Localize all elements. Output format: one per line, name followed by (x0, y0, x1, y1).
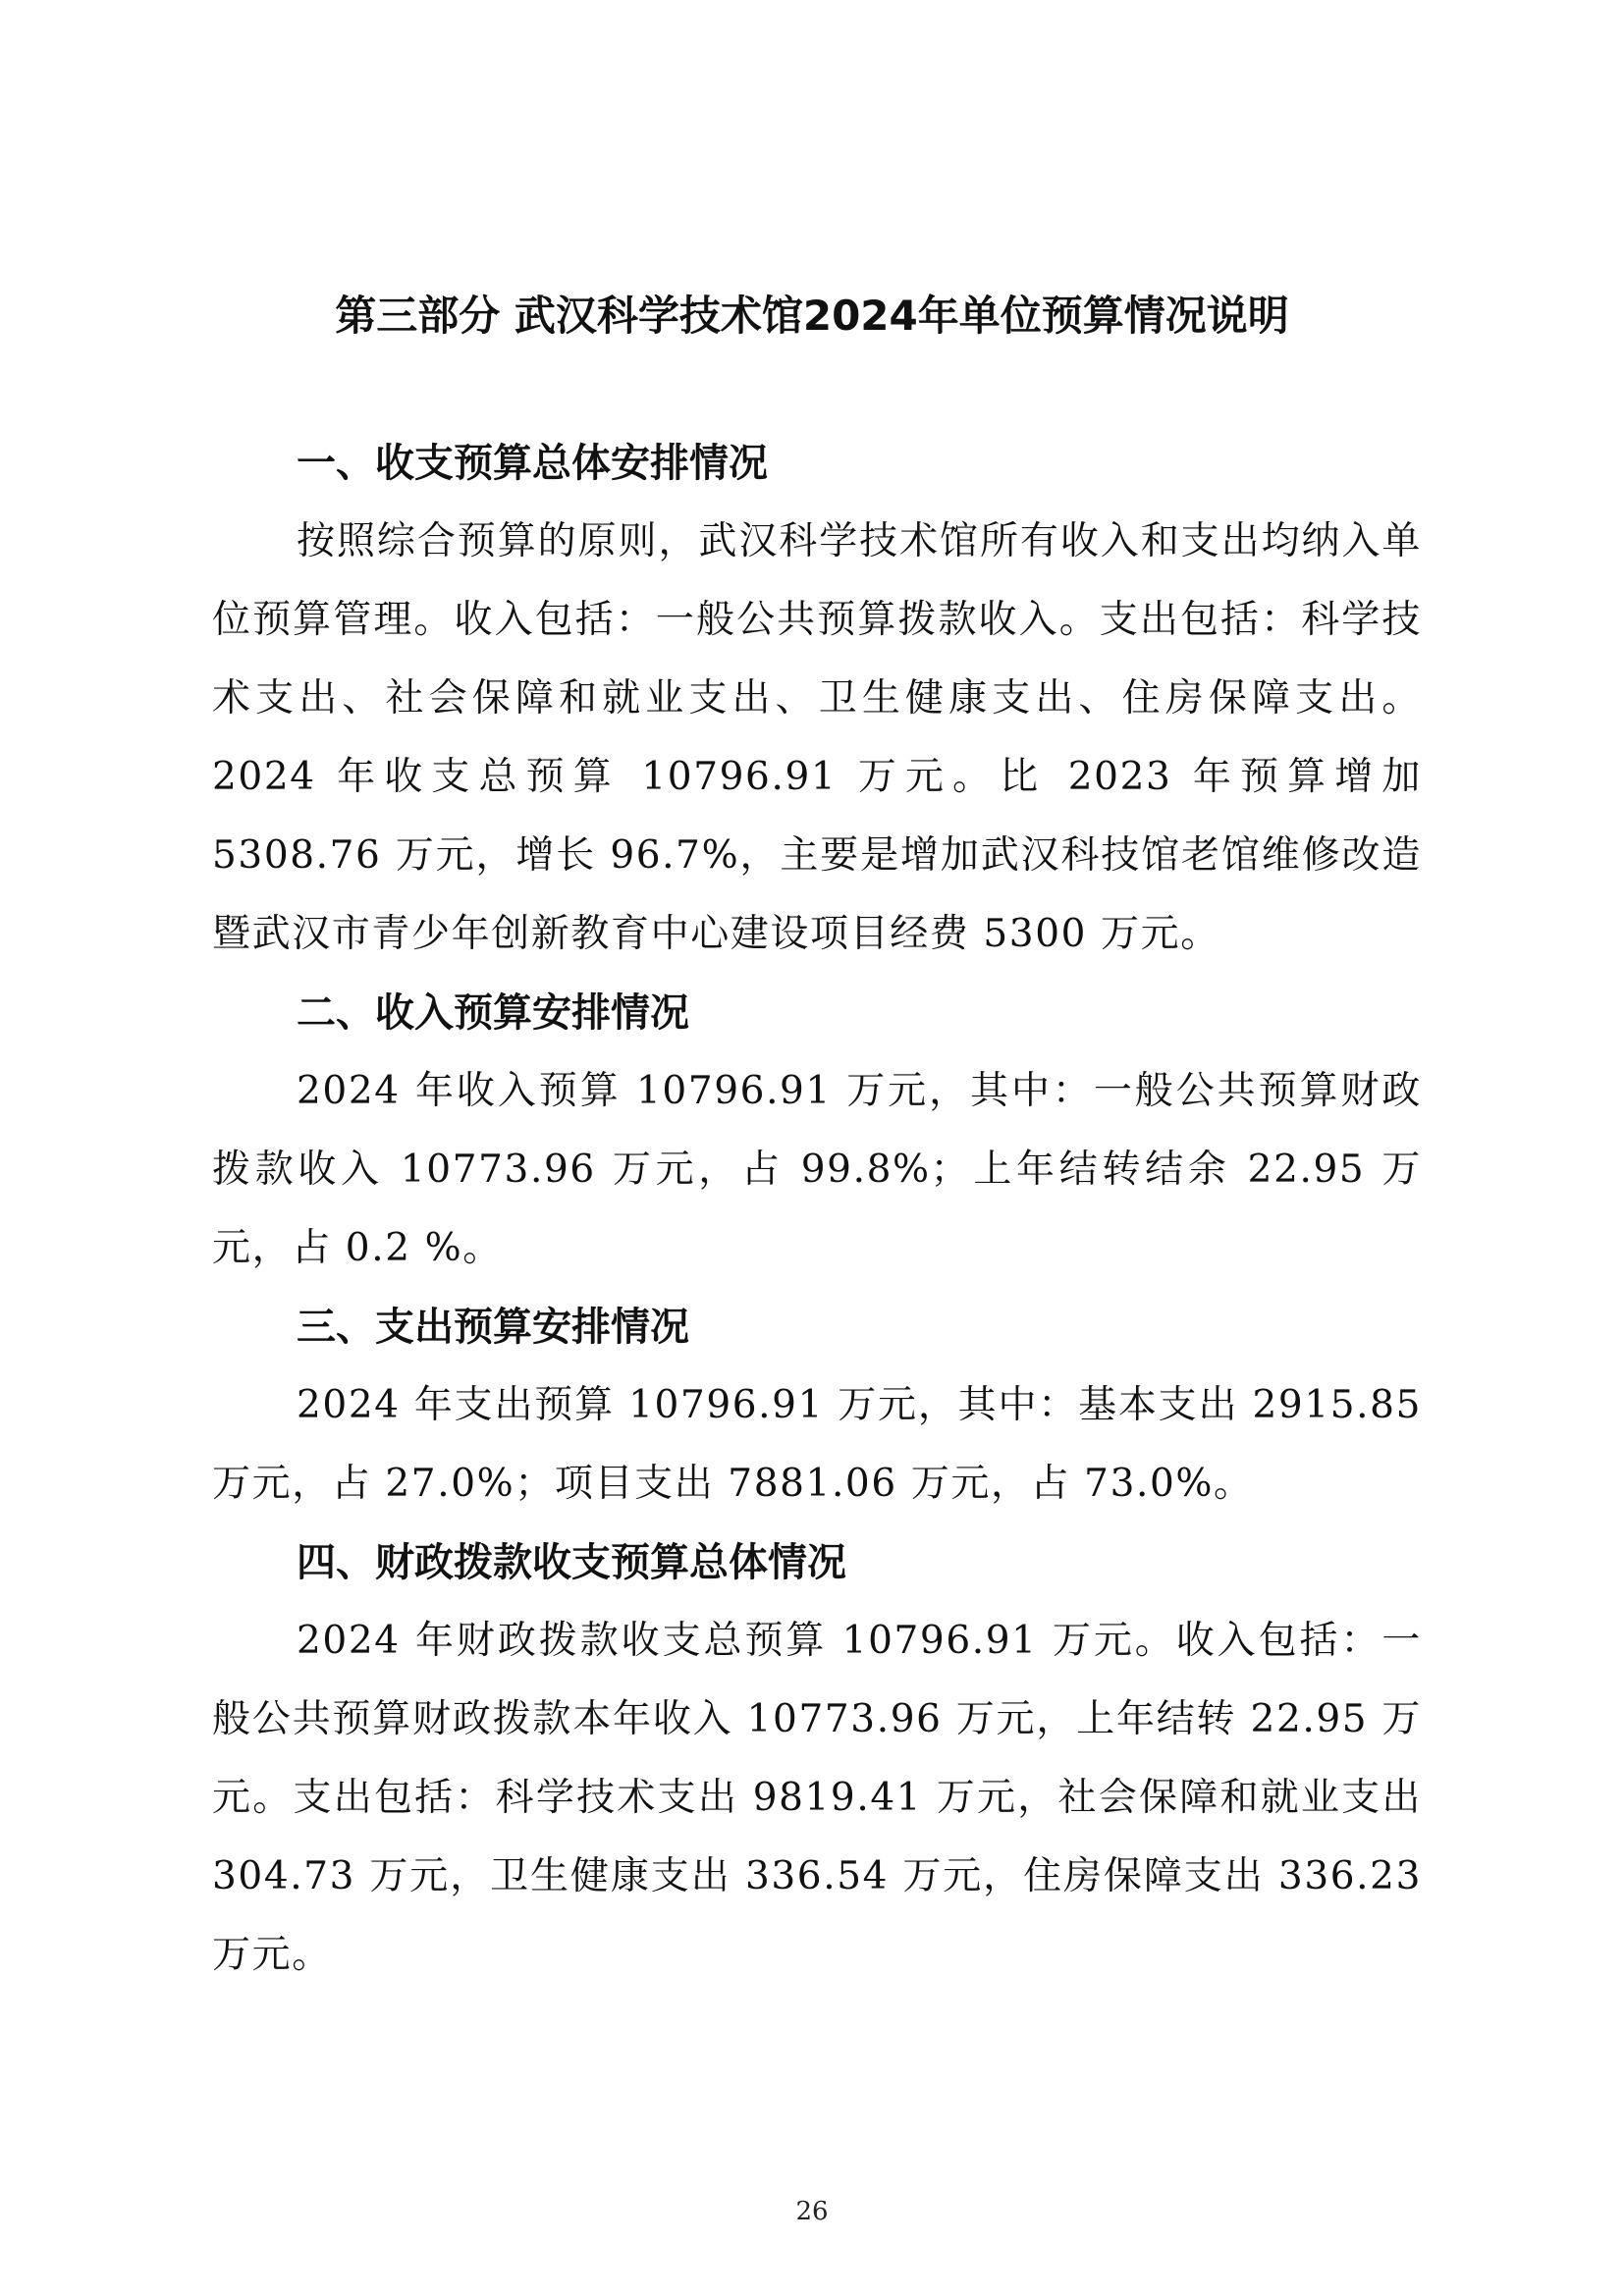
document-page: 第三部分 武汉科学技术馆2024年单位预算情况说明 一、收支预算总体安排情况 按… (0, 0, 1624, 2296)
section-overall-budget: 一、收支预算总体安排情况 按照综合预算的原则，武汉科学技术馆所有收入和支出均纳入… (212, 424, 1422, 974)
section-paragraph: 2024 年支出预算 10796.91 万元，其中：基本支出 2915.85 万… (212, 1366, 1422, 1523)
section-fiscal-appropriation: 四、财政拨款收支预算总体情况 2024 年财政拨款收支总预算 10796.91 … (212, 1523, 1422, 1995)
page-title: 第三部分 武汉科学技术馆2024年单位预算情况说明 (0, 287, 1624, 346)
section-paragraph: 2024 年收入预算 10796.91 万元，其中：一般公共预算财政拨款收入 1… (212, 1052, 1422, 1288)
document-body: 一、收支预算总体安排情况 按照综合预算的原则，武汉科学技术馆所有收入和支出均纳入… (212, 424, 1422, 1995)
section-heading: 四、财政拨款收支预算总体情况 (212, 1523, 1422, 1602)
section-expenditure-budget: 三、支出预算安排情况 2024 年支出预算 10796.91 万元，其中：基本支… (212, 1288, 1422, 1523)
page-number: 26 (0, 2197, 1624, 2226)
section-paragraph: 按照综合预算的原则，武汉科学技术馆所有收入和支出均纳入单位预算管理。收入包括：一… (212, 503, 1422, 974)
section-income-budget: 二、收入预算安排情况 2024 年收入预算 10796.91 万元，其中：一般公… (212, 974, 1422, 1288)
section-heading: 三、支出预算安排情况 (212, 1288, 1422, 1366)
section-paragraph: 2024 年财政拨款收支总预算 10796.91 万元。收入包括：一般公共预算财… (212, 1602, 1422, 1995)
section-heading: 一、收支预算总体安排情况 (212, 424, 1422, 503)
section-heading: 二、收入预算安排情况 (212, 974, 1422, 1052)
